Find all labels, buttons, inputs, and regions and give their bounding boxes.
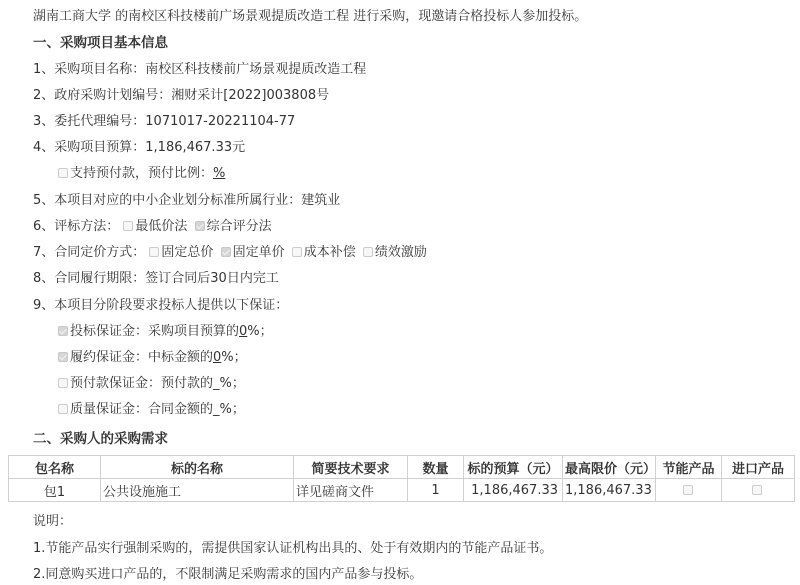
col-requirement: 简要技术要求 [294,456,408,479]
cell-budget: 1,186,467.33 [464,479,563,502]
prepay-row: 支持预付款，预付比例：% [58,165,225,183]
pricing-option-performance-incentive[interactable]: 绩效激励 [363,245,427,260]
eval-option-comprehensive[interactable]: 综合评分法 [195,219,272,234]
col-subject: 标的名称 [101,456,294,479]
checkbox-icon[interactable] [58,404,68,414]
table-row: 包1 公共设施施工 详见磋商文件 1 1,186,467.33 1,186,46… [9,479,795,502]
guarantee-prepayment: 预付款保证金：预付款的_%； [58,375,245,393]
checkbox-checked-icon[interactable] [58,352,68,362]
energy-saving-checkbox[interactable] [683,485,693,495]
pricing-option-fixed-total[interactable]: 固定总价 [149,245,213,260]
pricing-option-cost-compensation[interactable]: 成本补偿 [292,245,356,260]
guarantee-performance: 履约保证金：中标金额的0%； [58,349,247,367]
pricing-method-label: 7、合同定价方式： [33,245,145,260]
checkbox-checked-icon[interactable] [221,247,231,257]
guarantee-bid: 投标保证金：采购项目预算的0%； [58,323,273,341]
prepay-ratio: % [213,166,225,181]
cell-package: 包1 [9,479,101,502]
imported-checkbox[interactable] [752,485,762,495]
col-budget: 标的预算（元） [464,456,563,479]
checkbox-checked-icon[interactable] [58,326,68,336]
checkbox-icon[interactable] [149,247,159,257]
checkbox-icon[interactable] [123,221,133,231]
checkbox-icon[interactable] [58,378,68,388]
cell-energy-saving [656,479,722,502]
guarantee-title: 9、本项目分阶段要求投标人提供以下保证： [33,297,288,315]
industry: 5、本项目对应的中小企业划分标准所属行业：建筑业 [33,192,340,210]
eval-option-lowest-price[interactable]: 最低价法 [123,219,187,234]
plan-number: 2、政府采购计划编号：湘财采计[2022]003808号 [33,87,329,105]
col-imported: 进口产品 [722,456,795,479]
pricing-option-fixed-unit[interactable]: 固定单价 [221,245,285,260]
prepay-checkbox[interactable] [58,168,68,178]
cell-quantity: 1 [408,479,464,502]
eval-method-label: 6、评标方法： [33,219,119,234]
project-budget: 4、采购项目预算：1,186,467.33元 [33,139,245,157]
note-item-2: 2.同意购买进口产品的，不限制满足采购需求的国内产品参与投标。 [33,566,422,584]
contract-term: 8、合同履行期限：签订合同后30日内完工 [33,270,279,288]
project-name: 1、采购项目名称：南校区科技楼前广场景观提质改造工程 [33,61,366,79]
checkbox-icon[interactable] [363,247,373,257]
agent-number: 3、委托代理编号：1071017-20221104-77 [33,113,295,131]
section2-title: 二、采购人的采购需求 [33,430,168,448]
section1-title: 一、采购项目基本信息 [33,34,168,52]
col-package: 包名称 [9,456,101,479]
col-energy-saving: 节能产品 [656,456,722,479]
col-quantity: 数量 [408,456,464,479]
pricing-method-row: 7、合同定价方式： 固定总价 固定单价 成本补偿 绩效激励 [33,244,430,262]
prepay-label: 支持预付款，预付比例： [70,166,213,181]
checkbox-icon[interactable] [292,247,302,257]
cell-requirement: 详见磋商文件 [294,479,408,502]
requirements-table: 包名称 标的名称 简要技术要求 数量 标的预算（元） 最高限价（元） 节能产品 … [8,455,795,502]
guarantee-quality: 质量保证金：合同金额的_%； [58,401,245,419]
intro-text: 湖南工商大学 的南校区科技楼前广场景观提质改造工程 进行采购，现邀请合格投标人参… [33,8,587,26]
note-item-1: 1.节能产品实行强制采购的，需提供国家认证机构出具的、处于有效期内的节能产品证书… [33,540,552,558]
notes-title: 说明： [33,513,72,531]
table-header-row: 包名称 标的名称 简要技术要求 数量 标的预算（元） 最高限价（元） 节能产品 … [9,456,795,479]
cell-subject: 公共设施施工 [101,479,294,502]
col-max-price: 最高限价（元） [563,456,656,479]
cell-imported [722,479,795,502]
cell-max-price: 1,186,467.33 [563,479,656,502]
eval-method-row: 6、评标方法： 最低价法 综合评分法 [33,218,275,236]
checkbox-checked-icon[interactable] [195,221,205,231]
